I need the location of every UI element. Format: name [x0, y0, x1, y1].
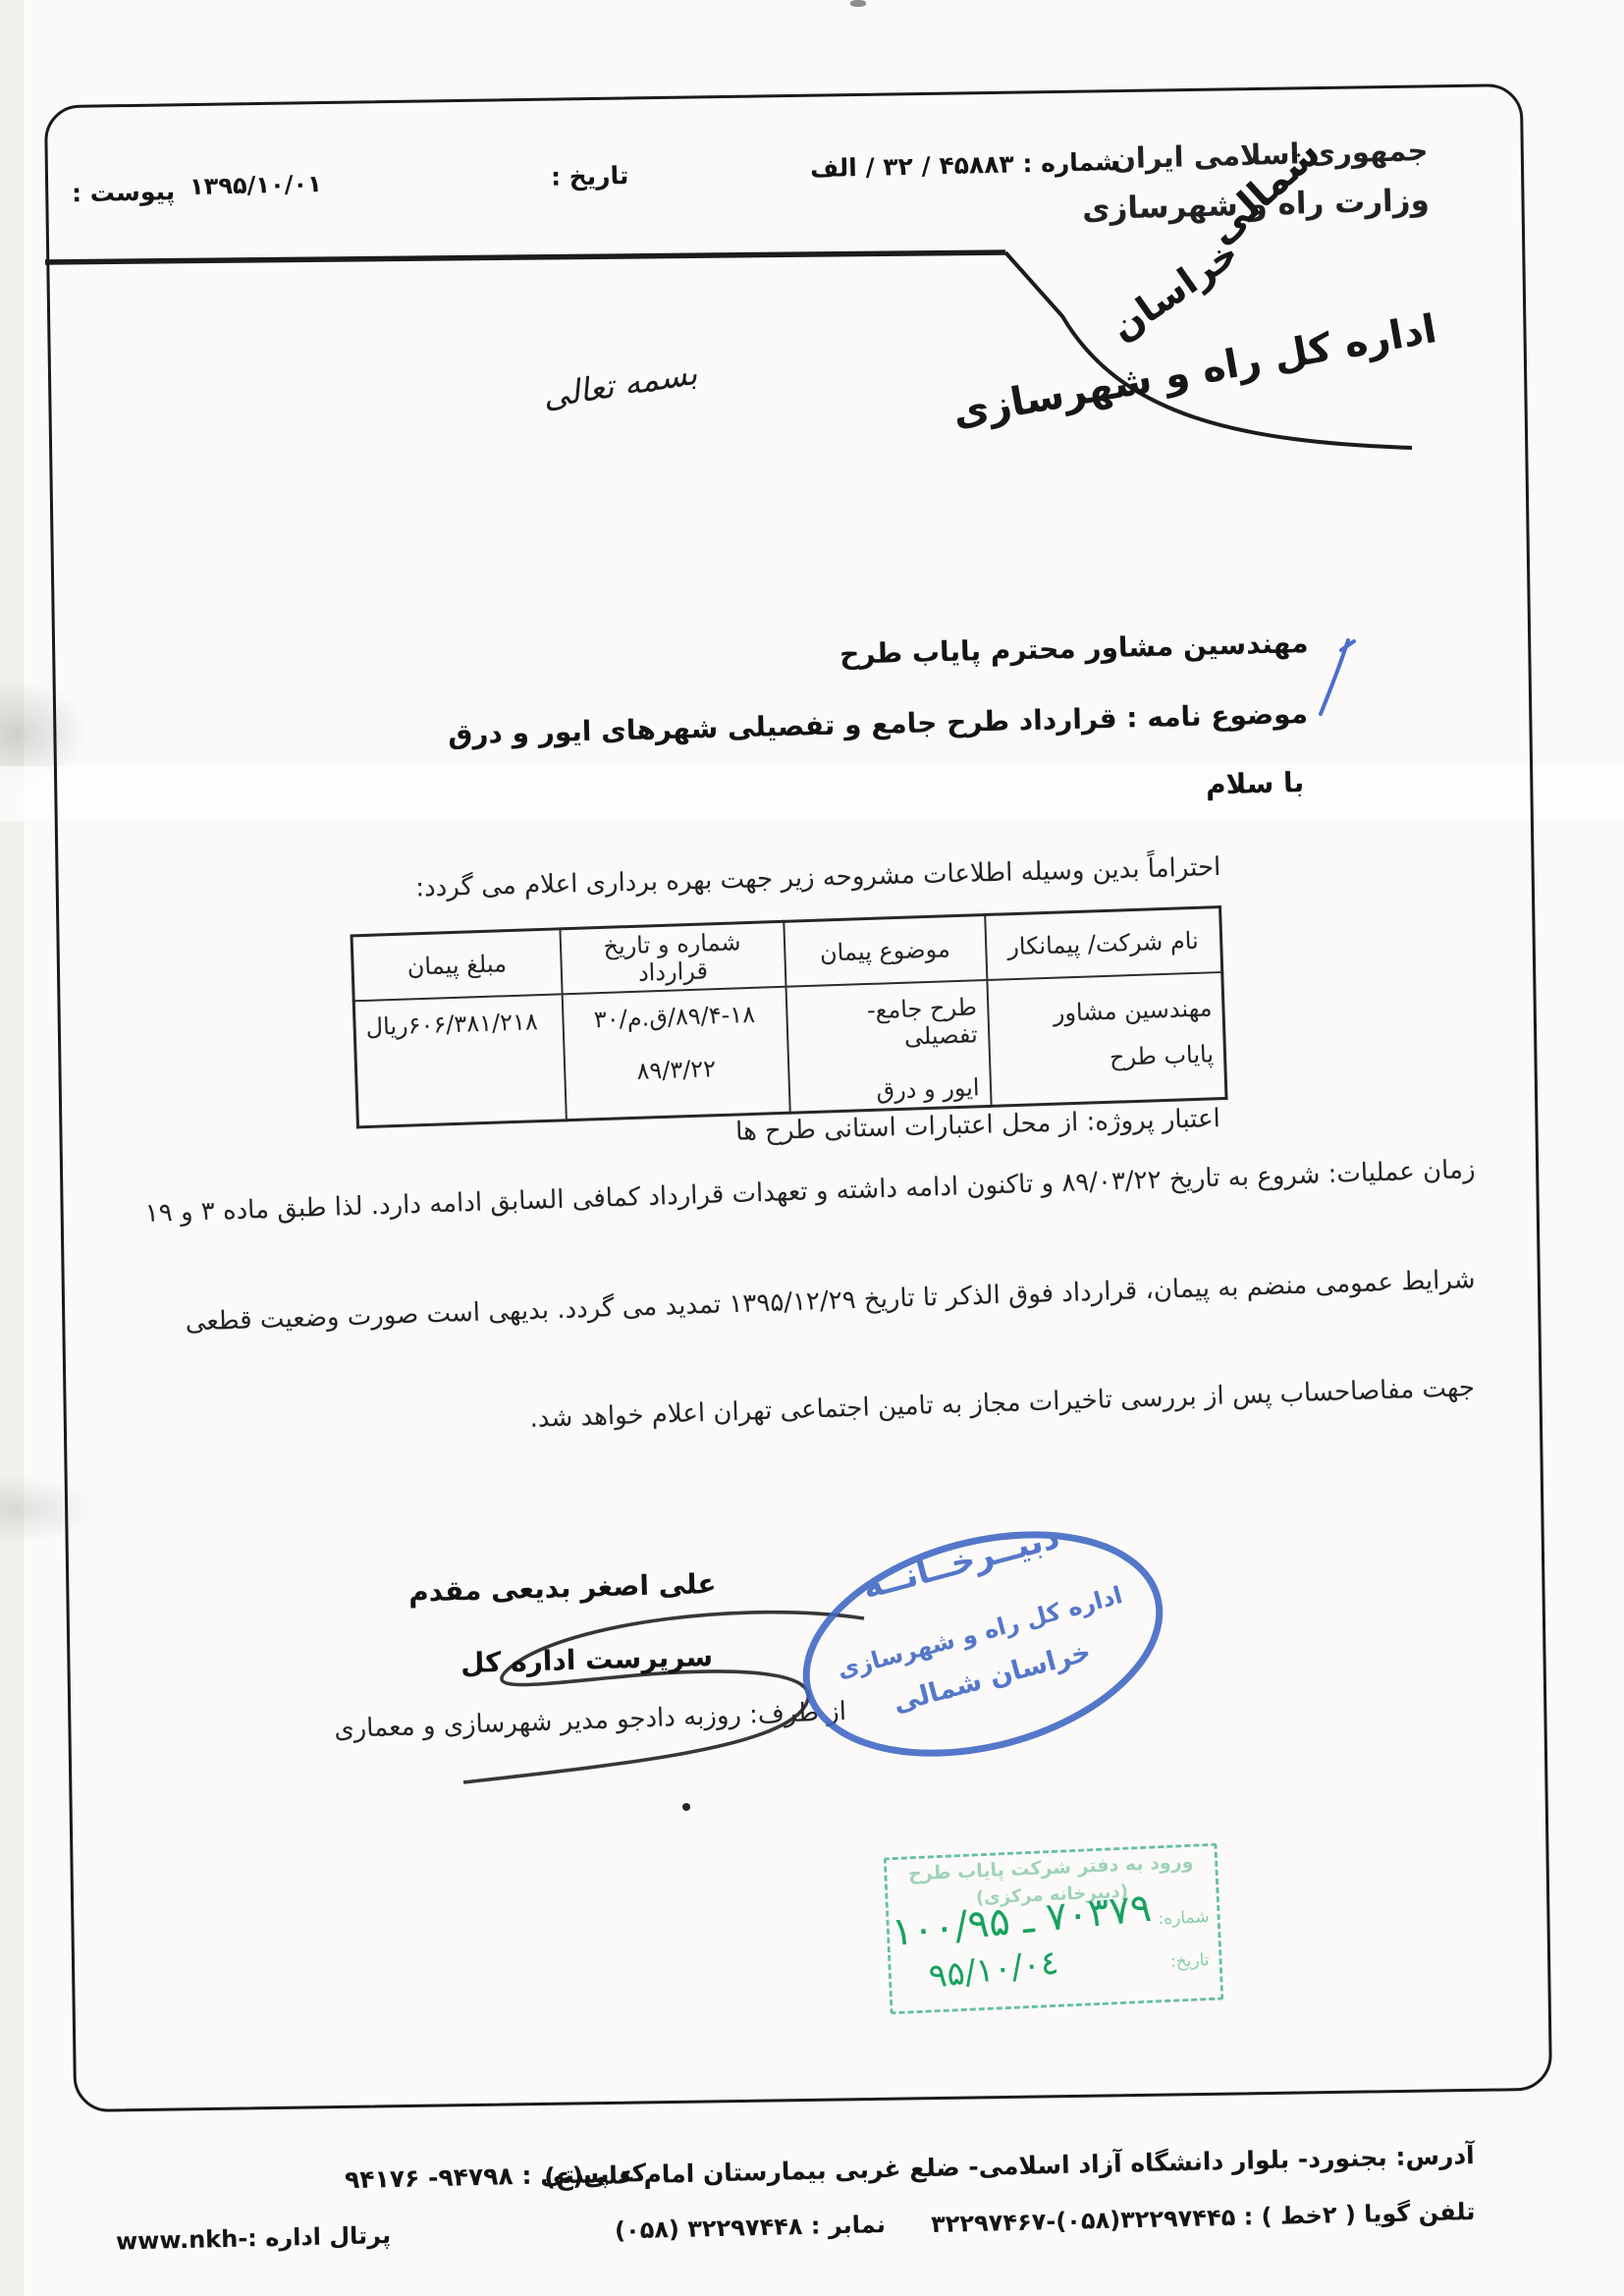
footer-portal: پرتال اداره :-www.nkh: [116, 2221, 392, 2256]
cell-subject-line1: طرح جامع- تفصیلی: [796, 993, 978, 1054]
cell-contract-no-line1: ۸۹/۴-۱۸/ق.م/۳۰: [573, 1000, 777, 1034]
date-label: تاریخ :: [550, 161, 628, 191]
cell-subject: طرح جامع- تفصیلی ایور و درق: [785, 980, 991, 1113]
cell-subject-line2: ایور و درق: [799, 1073, 980, 1107]
col-contractor: نام شرکت/ پیمانکار: [985, 907, 1222, 980]
contract-table: نام شرکت/ پیمانکار موضوع پیمان شماره و ت…: [350, 905, 1227, 1128]
cell-amount: ۶۰۶/۳۸۱/۲۱۸ریال: [353, 994, 566, 1126]
scan-left-margin-shade: [0, 0, 24, 2296]
col-subject: موضوع پیمان: [784, 915, 987, 987]
attachment-label: پیوست :: [72, 177, 176, 207]
cell-contractor: مهندسین مشاور پایاب طرح: [987, 972, 1226, 1106]
cell-contract-no: ۸۹/۴-۱۸/ق.م/۳۰ ۸۹/۳/۲۲: [562, 987, 789, 1121]
footer-address: آدرس: بجنورد- بلوار دانشگاه آزاد اسلامی-…: [544, 2141, 1475, 2191]
entry-date-handwritten: ۹۵/۱۰/۰٤: [927, 1942, 1060, 1996]
salutation-line: با سلام: [1206, 766, 1305, 800]
entry-number-label: شماره:: [1158, 1907, 1210, 1929]
entry-stamp-box: ورود به دفتر شرکت پایاب طرح (دبیرخانه مر…: [884, 1843, 1224, 2015]
cell-contract-no-line2: ۸۹/۳/۲۲: [574, 1053, 778, 1087]
footer-phone: تلفن گویا ( ۲خط ) : ۳۲۲۹۷۴۴۵(۰۵۸)-۳۲۲۹۷۴…: [931, 2198, 1476, 2238]
date-value: ۱۳۹۵/۱۰/۰۱: [189, 170, 322, 200]
scanned-letter-page: جمهوری اسلامی ایران وزارت راه و شهرسازی …: [0, 0, 1624, 2296]
scan-speck-top: [850, 0, 866, 7]
col-contract-no: شماره و تاریخ قرارداد: [560, 921, 785, 994]
footer-fax: نمابر : ۳۲۲۹۷۴۴۸ (۰۵۸): [615, 2211, 886, 2244]
entry-date-label: تاریخ:: [1170, 1950, 1210, 1972]
col-amount: مبلغ پیمان: [352, 929, 562, 1001]
